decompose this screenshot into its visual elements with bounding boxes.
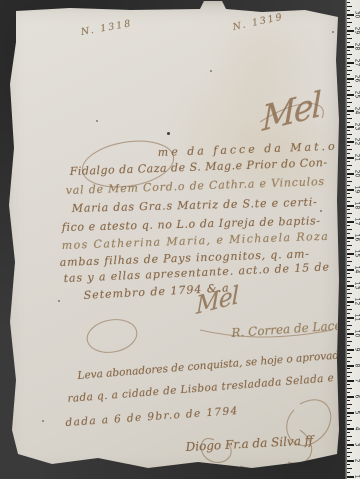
ruler-tick-minor [347, 197, 352, 198]
opening-monogram: Mel [262, 84, 320, 140]
ruler-tick-minor [347, 281, 350, 282]
ruler-tick-minor [347, 10, 350, 11]
foxing-speck [320, 210, 322, 212]
ruler-tick-minor [347, 456, 350, 457]
ruler-tick-minor [347, 177, 350, 178]
ruler-tick-minor [347, 277, 352, 278]
ruler-tick-minor [347, 448, 350, 449]
ruler-tick-minor [347, 18, 350, 19]
ruler-tick-minor [347, 261, 352, 262]
ruler-tick-minor [347, 130, 350, 131]
ruler-tick-minor [347, 436, 352, 437]
ruler-tick-minor [347, 245, 352, 246]
ruler-tick-minor [347, 2, 350, 3]
ruler-tick-minor [347, 229, 352, 230]
ruler-tick-minor [347, 181, 352, 182]
ruler-number: 10 [354, 328, 360, 338]
ruler-tick-minor [347, 161, 350, 162]
ruler-tick-minor [347, 66, 350, 67]
ruler-tick-minor [347, 74, 350, 75]
ruler-tick-minor [347, 408, 350, 409]
ruler-tick-minor [347, 309, 352, 310]
ruler-number: 17 [354, 217, 360, 227]
ruler-tick-minor [347, 165, 352, 166]
ruler-number: 26 [354, 73, 360, 83]
ruler-number: 11 [354, 312, 360, 322]
ruler-tick-minor [347, 106, 350, 107]
ruler-tick-minor [347, 54, 352, 55]
ruler-number: 16 [354, 233, 360, 243]
ruler-number: 15 [354, 248, 360, 258]
ruler-tick-minor [347, 34, 350, 35]
ruler-number: 21 [354, 153, 360, 163]
ruler-tick-minor [347, 313, 350, 314]
ruler-number: 27 [354, 57, 360, 67]
ruler-number: 28 [354, 41, 360, 51]
ruler-number: 6 [354, 392, 360, 402]
ruler-number: 30 [354, 10, 360, 20]
ruler-tick-minor [347, 424, 350, 425]
catalog-number-right: N. 1319 [232, 11, 285, 33]
ruler-number: 2 [354, 456, 360, 466]
ruler-tick-minor [347, 341, 352, 342]
ruler-tick-minor [347, 42, 350, 43]
ruler-tick-minor [347, 376, 350, 377]
ruler-tick-minor [347, 70, 352, 71]
opening-monogram-text: Mel [262, 84, 320, 140]
ruler-tick-minor [347, 372, 352, 373]
foxing-speck [210, 70, 212, 72]
ruler-number: 9 [354, 344, 360, 354]
ruler-number: 5 [354, 408, 360, 418]
archival-photo-stage: N. 1318 N. 1319 Mel me da facce da Mat.o… [0, 0, 360, 479]
ruler-tick-minor [347, 452, 352, 453]
ruler-tick-minor [347, 149, 352, 150]
ruler-number: 7 [354, 376, 360, 386]
ruler-number: 8 [354, 360, 360, 370]
ruler-tick-minor [347, 38, 352, 39]
ruler-tick-minor [347, 249, 350, 250]
ruler-tick-minor [347, 388, 352, 389]
ruler-tick-minor [347, 169, 350, 170]
ruler-number: 3 [354, 440, 360, 450]
ruler-tick-minor [347, 114, 350, 115]
ruler-tick-minor [347, 321, 350, 322]
ruler-tick-minor [347, 98, 350, 99]
ruler-number: 13 [354, 280, 360, 290]
ruler-tick-minor [347, 384, 350, 385]
ruler-tick-minor [347, 6, 352, 7]
ruler-tick-minor [347, 213, 352, 214]
handwriting-line: Maria das Gra.s Matriz de S.te e certi- [72, 196, 318, 215]
ruler-tick-minor [347, 26, 350, 27]
ruler-tick-minor [347, 325, 352, 326]
ruler-tick-minor [347, 22, 352, 23]
ruler-number: 24 [354, 105, 360, 115]
ruler-tick-minor [347, 86, 352, 87]
ruler-tick-minor [347, 90, 350, 91]
ruler-tick-minor [347, 432, 350, 433]
ruler-tick-minor [347, 58, 350, 59]
ruler-tick-minor [347, 193, 350, 194]
ruler-tick-minor [347, 305, 350, 306]
ruler-tick-minor [347, 400, 350, 401]
ruler-number: 14 [354, 264, 360, 274]
flourish-oval-signature [85, 316, 140, 356]
ruler-tick-minor [347, 233, 350, 234]
ink-dot [167, 132, 170, 135]
ruler-number: 29 [354, 25, 360, 35]
foxing-speck [96, 120, 98, 122]
ruler-tick-minor [347, 225, 350, 226]
ruler-number: 1 [354, 472, 360, 479]
ruler: 3029282726252423222120191817161514131211… [345, 0, 360, 479]
ruler-tick-minor [347, 118, 352, 119]
ruler-tick-minor [347, 404, 352, 405]
ruler-tick-minor [347, 464, 350, 465]
ruler-tick-minor [347, 265, 350, 266]
ruler-tick-minor [347, 217, 350, 218]
note-signature: Diogo Fr.a da Silva ff [185, 433, 313, 454]
ruler-tick-minor [347, 185, 350, 186]
ruler-tick-minor [347, 257, 350, 258]
ruler-tick-minor [347, 138, 350, 139]
rubric-underline [240, 464, 328, 472]
ruler-tick-minor [347, 420, 352, 421]
foxing-speck [332, 31, 334, 33]
ruler-tick-minor [347, 102, 352, 103]
ruler-tick-minor [347, 201, 350, 202]
ruler-tick-minor [347, 357, 352, 358]
ruler-tick-minor [347, 293, 352, 294]
ruler-tick-minor [347, 468, 352, 469]
ruler-tick-minor [347, 122, 350, 123]
ruler-tick-minor [347, 153, 350, 154]
ruler-tick-minor [347, 392, 350, 393]
ruler-tick-minor [347, 297, 350, 298]
ruler-tick-minor [347, 145, 350, 146]
manuscript-paper: N. 1318 N. 1319 Mel me da facce da Mat.o… [0, 0, 346, 479]
ruler-tick-minor [347, 273, 350, 274]
ruler-number: 23 [354, 121, 360, 131]
foxing-speck [42, 420, 44, 422]
ruler-tick-minor [347, 241, 350, 242]
ruler-tick-minor [347, 82, 350, 83]
ruler-number: 19 [354, 185, 360, 195]
ruler-tick-minor [347, 209, 350, 210]
ruler-number: 4 [354, 424, 360, 434]
catalog-number-left: N. 1318 [80, 18, 133, 38]
handwriting-line: Fidalgo da Caza de S. Mag.e Prior do Con… [70, 156, 328, 178]
foxing-speck [58, 300, 60, 302]
ruler-tick-minor [347, 361, 350, 362]
ruler-tick-minor [347, 134, 352, 135]
ruler-tick-minor [347, 337, 350, 338]
ruler-number: 22 [354, 137, 360, 147]
ruler-tick-minor [347, 345, 350, 346]
ruler-number: 20 [354, 169, 360, 179]
ruler-number: 25 [354, 89, 360, 99]
ruler-tick-minor [347, 416, 350, 417]
handwriting-line: val de Mem Cord.o de Cathr.a e Vinculos [66, 175, 326, 197]
ruler-tick-minor [347, 329, 350, 330]
ruler-number: 18 [354, 201, 360, 211]
letter-signature: R. Correa de Lacerda ff [231, 316, 360, 340]
ruler-tick-minor [347, 353, 350, 354]
ruler-number: 12 [354, 296, 360, 306]
ruler-tick-minor [347, 289, 350, 290]
ruler-tick-minor [347, 440, 350, 441]
ruler-tick-minor [347, 50, 350, 51]
ruler-tick-minor [347, 472, 350, 473]
ruler-tick-minor [347, 368, 350, 369]
note-line: dada a 6 de 9br.o de 1794 [65, 405, 239, 429]
